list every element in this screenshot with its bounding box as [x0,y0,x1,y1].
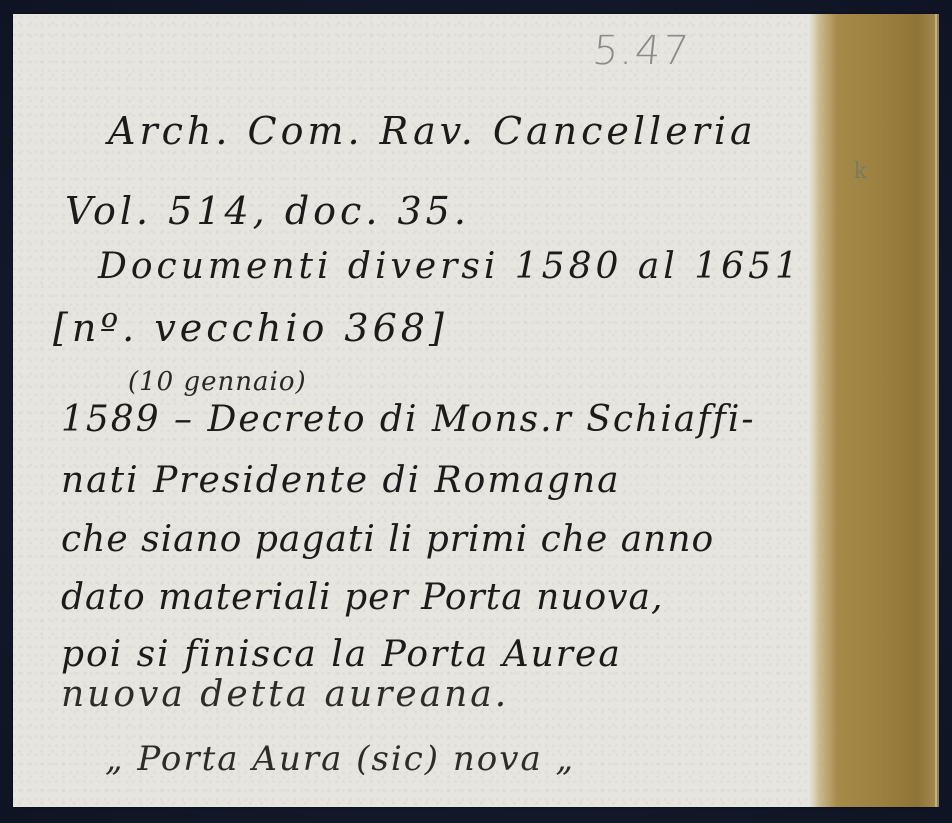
document-range-line: Documenti diversi 1580 al 1651 [98,246,802,287]
entry-line: poi si finisca la Porta Aurea [61,634,622,675]
entry-line: dato materiali per Porta nuova, [61,577,663,618]
pencil-reference-number: 5.47 [591,28,693,74]
archive-heading: Arch. Com. Rav. Cancelleria [108,109,757,153]
entry-line: 1589 – Decreto di Mons.r Schiaffi- [61,399,756,440]
old-number-line: [nº. vecchio 368] [53,306,448,350]
entry-line: nuova detta aureana. [61,674,509,715]
quoted-note: „ Porta Aura (sic) nova „ [105,739,575,779]
volume-line: Vol. 514, doc. 35. [65,189,470,233]
note-card: k 5.47 Arch. Com. Rav. Cancelleria Vol. … [13,14,937,807]
entry-line: nati Presidente di Romagna [61,460,621,501]
stained-edge: k [809,14,937,807]
entry-line: che siano pagati li primi che anno [61,519,714,560]
date-note: (10 gennaio) [128,367,307,397]
stain-mark: k [854,159,867,184]
